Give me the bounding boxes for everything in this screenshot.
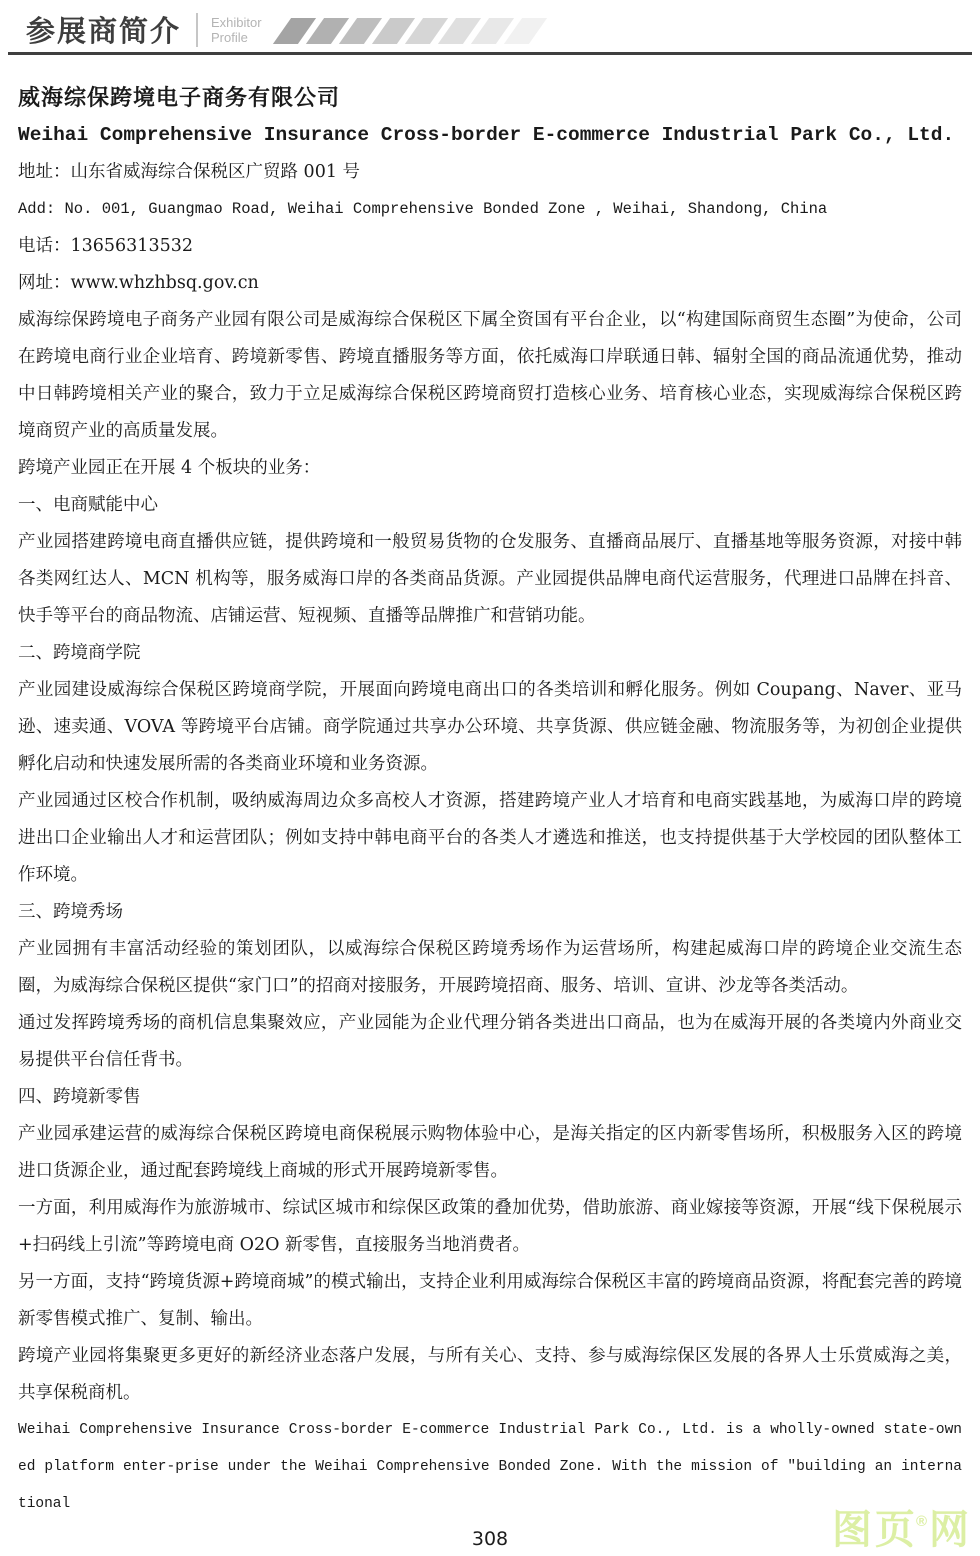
section-3-heading: 三、跨境秀场 <box>18 894 962 931</box>
header-title-cn: 参展商简介 <box>26 9 181 50</box>
header-stripes-decoration <box>282 18 538 44</box>
company-name-en: Weihai Comprehensive Insurance Cross-bor… <box>18 117 962 154</box>
intro-paragraph: 威海综保跨境电子商务产业园有限公司是威海综合保税区下属全资国有平台企业，以“构建… <box>18 302 962 450</box>
watermark-text-2: 网 <box>929 1508 972 1552</box>
watermark-text-1: 图页 <box>832 1508 918 1552</box>
section-1-paragraph: 产业园搭建跨境电商直播供应链，提供跨境和一般贸易货物的仓发服务、直播商品展厅、直… <box>18 524 962 635</box>
header-title-en: Exhibitor Profile <box>211 15 262 45</box>
address-en: Add: No. 001, Guangmao Road, Weihai Comp… <box>18 191 962 228</box>
section-4-heading: 四、跨境新零售 <box>18 1079 962 1116</box>
body-paragraphs: 威海综保跨境电子商务产业园有限公司是威海综合保税区下属全资国有平台企业，以“构建… <box>18 302 962 1523</box>
section-3-paragraph-2: 通过发挥跨境秀场的商机信息集聚效应，产业园能为企业代理分销各类进出口商品，也为在… <box>18 1005 962 1079</box>
watermark-logo: 图页®网 <box>832 1504 972 1556</box>
header-title-en-line2: Profile <box>211 30 248 45</box>
section-4-paragraph-3: 另一方面，支持“跨境货源+跨境商城”的模式输出，支持企业利用威海综合保税区丰富的… <box>18 1264 962 1338</box>
english-paragraph: Weihai Comprehensive Insurance Cross-bor… <box>18 1412 962 1523</box>
section-2-paragraph-1: 产业园建设威海综合保税区跨境商学院，开展面向跨境电商出口的各类培训和孵化服务。例… <box>18 672 962 783</box>
section-1-heading: 一、电商赋能中心 <box>18 487 962 524</box>
phone-line: 电话：13656313532 <box>18 228 962 265</box>
document-page: 参展商简介 Exhibitor Profile 威海综保跨境电子商务有限公司 W… <box>0 0 980 1556</box>
header-title-en-line1: Exhibitor <box>211 15 262 30</box>
header-rule <box>8 52 972 55</box>
section-4-paragraph-2: 一方面，利用威海作为旅游城市、综试区城市和综保区政策的叠加优势，借助旅游、商业嫁… <box>18 1190 962 1264</box>
business-overview-line: 跨境产业园正在开展 4 个板块的业务： <box>18 450 962 487</box>
section-4-paragraph-1: 产业园承建运营的威海综合保税区跨境电商保税展示购物体验中心，是海关指定的区内新零… <box>18 1116 962 1190</box>
section-3-paragraph-1: 产业园拥有丰富活动经验的策划团队，以威海综合保税区跨境秀场作为运营场所，构建起威… <box>18 931 962 1005</box>
page-header: 参展商简介 Exhibitor Profile <box>0 0 980 56</box>
website-line: 网址：www.whzhbsq.gov.cn <box>18 265 962 302</box>
registered-trademark-icon: ® <box>916 1513 927 1530</box>
page-content: 威海综保跨境电子商务有限公司 Weihai Comprehensive Insu… <box>0 56 980 1523</box>
section-2-heading: 二、跨境商学院 <box>18 635 962 672</box>
header-divider <box>196 13 198 47</box>
company-name-cn: 威海综保跨境电子商务有限公司 <box>18 80 962 117</box>
closing-paragraph: 跨境产业园将集聚更多更好的新经济业态落户发展，与所有关心、支持、参与威海综保区发… <box>18 1338 962 1412</box>
section-2-paragraph-2: 产业园通过区校合作机制，吸纳威海周边众多高校人才资源，搭建跨境产业人才培育和电商… <box>18 783 962 894</box>
address-cn: 地址：山东省威海综合保税区广贸路 001 号 <box>18 154 962 191</box>
